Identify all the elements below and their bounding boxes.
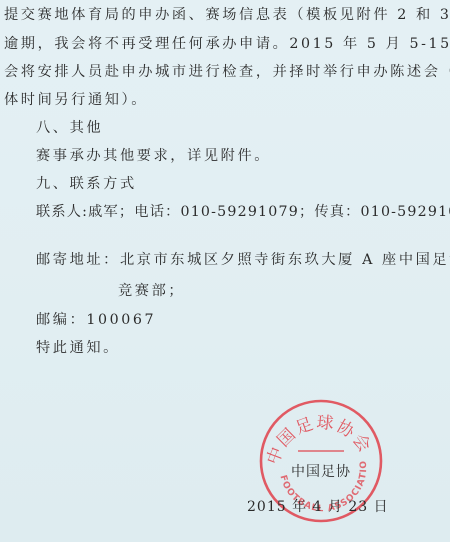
section-8-body: 赛事承办其他要求，详见附件。 [36,147,271,165]
paragraph-line-3: 会将安排人员赴申办城市进行检查，并择时举行申办陈述会（具 [4,63,450,81]
address-line-2: 竞赛部； [118,282,185,300]
section-8-heading: 八、其他 [36,119,103,137]
section-9-heading: 九、联系方式 [36,175,137,193]
signature-date: 2015 年 4 月 23 日 [247,496,389,516]
svg-text:中国足球协会: 中国足球协会 [263,413,375,468]
closing-line: 特此通知。 [36,339,120,357]
paragraph-line-1: 提交赛地体育局的申办函、赛场信息表（模板见附件 2 和 3）。 [4,6,450,24]
contact-line: 联系人:戚军；电话：010-59291079；传真：010-59291077； [36,203,450,221]
paragraph-line-4: 体时间另行通知）。 [4,91,148,109]
paragraph-line-2: 逾期，我会将不再受理任何承办申请。2015 年 5 月 5-15 日，我 [4,35,450,53]
document-page: 提交赛地体育局的申办函、赛场信息表（模板见附件 2 和 3）。 逾期，我会将不再… [0,0,450,542]
signature-organization: 中国足协 [291,461,351,481]
address-line-1: 邮寄地址：北京市东城区夕照寺街东玖大厦 A 座中国足协 [36,251,450,269]
postcode-line: 邮编：100067 [36,311,156,329]
